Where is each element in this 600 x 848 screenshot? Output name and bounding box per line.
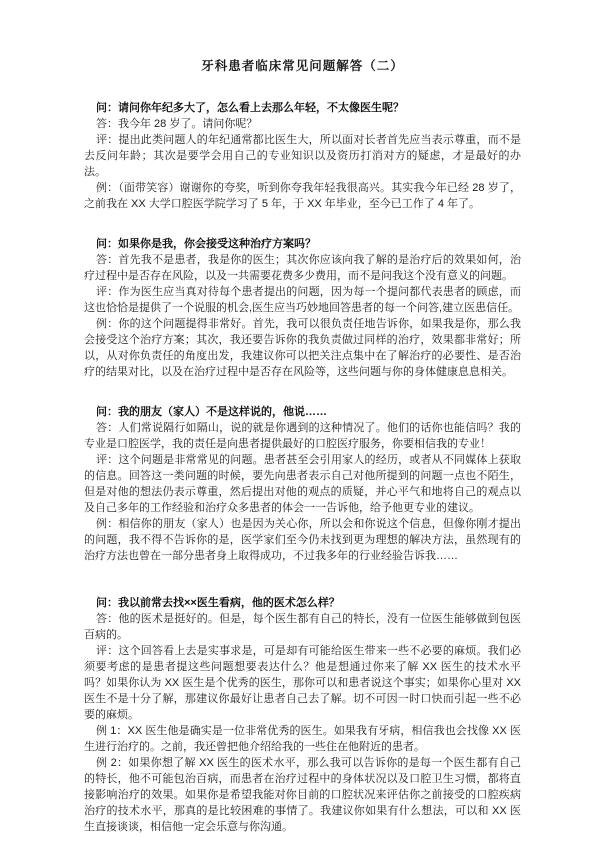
body-paragraph: 例 1：XX 医生他是确实是一位非常优秀的医生。如果我有牙病，相信我也会找像 X… [84, 723, 521, 755]
document-content: 牙科患者临床常见问题解答（二） 问：请问你年纪多大了，怎么看上去那么年轻，不太像… [84, 58, 521, 835]
qa-block: 问：我以前常去找××医生看病，他的医术怎么样？ 答：他的医术是挺好的。但是，每个… [84, 595, 521, 835]
body-paragraph: 评：作为医生应当真对待每个患者提出的问题，因为每一个提问都代表患者的顾虑，而这也… [84, 284, 521, 316]
question-line: 问：请问你年纪多大了，怎么看上去那么年轻，不太像医生呢？ [84, 100, 521, 116]
qa-list: 问：请问你年纪多大了，怎么看上去那么年轻，不太像医生呢？ 答：我今年 28 岁了… [84, 100, 521, 835]
document-page: 牙科患者临床常见问题解答（二） 问：请问你年纪多大了，怎么看上去那么年轻，不太像… [0, 0, 600, 848]
body-paragraph: 答：我今年 28 岁了。请问你呢？ [84, 116, 521, 132]
body-paragraph: 评：这个回答看上去是实事求是，可是却有可能给医生带来一些不必要的麻烦。我们必须要… [84, 643, 521, 723]
body-paragraph: 答：他的医术是挺好的。但是，每个医生都有自己的特长，没有一位医生能够做到包医百病… [84, 611, 521, 643]
qa-block: 问：我的朋友（家人）不是这样说的，他说…… 答：人们常说隔行如隔山，说的就是你遇… [84, 404, 521, 564]
body-paragraph: 例：你的这个问题提得非常好。首先，我可以很负责任地告诉你，如果我是你，那么我会接… [84, 316, 521, 380]
question-line: 问：我以前常去找××医生看病，他的医术怎么样？ [84, 595, 521, 611]
body-paragraph: 答：首先我不是患者，我是你的医生；其次你应该向我了解的是治疗后的效果如何，治疗过… [84, 252, 521, 284]
body-paragraph: 评：这个问题是非常常见的问题。患者甚至会引用家人的经历，或者从不同媒体上获取的信… [84, 452, 521, 516]
body-paragraph: 例 2：如果你想了解 XX 医生的医术水平，那么我可以告诉你的是每一个医生都有自… [84, 755, 521, 835]
qa-block: 问：请问你年纪多大了，怎么看上去那么年轻，不太像医生呢？ 答：我今年 28 岁了… [84, 100, 521, 212]
question-line: 问：我的朋友（家人）不是这样说的，他说…… [84, 404, 521, 420]
body-paragraph: 例：（面带笑容）谢谢你的夸奖，听到你夸我年轻我很高兴。其实我今年已经 28 岁了… [84, 180, 521, 212]
body-paragraph: 评：提出此类问题人的年纪通常都比医生大，所以面对长者首先应当表示尊重，而不是去反… [84, 132, 521, 180]
page-title: 牙科患者临床常见问题解答（二） [84, 58, 521, 74]
body-paragraph: 例：相信你的朋友（家人）也是因为关心你，所以会和你说这个信息，但像你刚才提出的问… [84, 516, 521, 564]
question-line: 问：如果你是我，你会接受这种治疗方案吗？ [84, 236, 521, 252]
body-paragraph: 答：人们常说隔行如隔山，说的就是你遇到的这种情况了。他们的话你也能信吗？我的专业… [84, 420, 521, 452]
qa-block: 问：如果你是我，你会接受这种治疗方案吗？ 答：首先我不是患者，我是你的医生；其次… [84, 236, 521, 380]
